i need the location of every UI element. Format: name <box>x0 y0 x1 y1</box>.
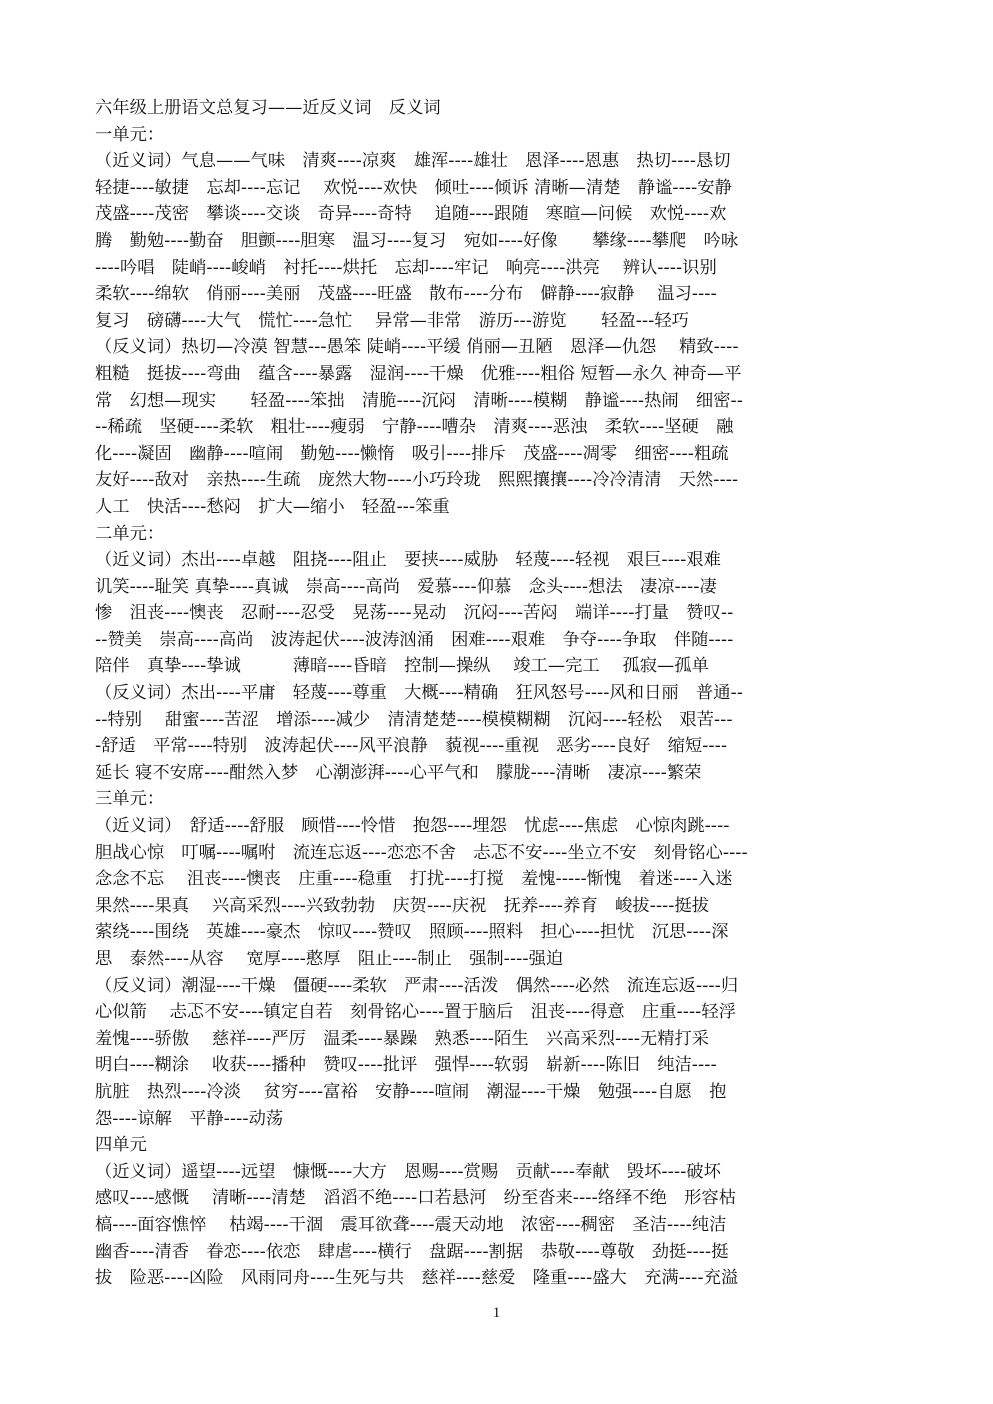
text-line: 人工 快活----愁闷 扩大—缩小 轻盈---笨重 <box>95 494 910 521</box>
text-line: ----吟唱 陡峭----峻峭 衬托----烘托 忘却----牢记 响亮----… <box>95 255 910 282</box>
text-line: 柔软----绵软 俏丽----美丽 茂盛----旺盛 散布----分布 僻静--… <box>95 281 910 308</box>
text-line: （近义词） 舒适----舒服 顾惜----怜惜 抱怨----埋怨 忧虑----焦… <box>95 813 910 840</box>
text-line: 陪伴 真挚----挚诚 薄暗----昏暗 控制—操纵 竣工—完工 孤寂—孤单 <box>95 653 910 680</box>
text-line: （近义词）杰出----卓越 阻挠----阻止 要挟----威胁 轻蔑----轻视… <box>95 547 910 574</box>
text-line: 明白----糊涂 收获----播种 赞叹----批评 强悍----软弱 崭新--… <box>95 1052 910 1079</box>
text-line: （反义词）潮湿----干燥 僵硬----柔软 严肃----活泼 偶然----必然… <box>95 973 910 1000</box>
text-line: 果然----果真 兴高采烈----兴致勃勃 庆贺----庆祝 抚养----养育 … <box>95 893 910 920</box>
text-line: （反义词）杰出----平庸 轻蔑----尊重 大概----精确 狂风怒号----… <box>95 680 910 707</box>
text-line: 茂盛----茂密 攀谈----交谈 奇异----奇特 追随----跟随 寒暄—问… <box>95 201 910 228</box>
document-page: 六年级上册语文总复习——近反义词 反义词 一单元： （近义词）气息——气味 清爽… <box>95 95 910 1292</box>
text-line: 三单元： <box>95 786 910 813</box>
text-line: 幽香----清香 眷恋----依恋 肆虐----横行 盘踞----割据 恭敬--… <box>95 1239 910 1266</box>
text-line: 延长 寝不安席----酣然入梦 心潮澎湃----心平气和 朦胧----清晰 凄凉… <box>95 760 910 787</box>
text-line: 槁----面容憔悴 枯竭----干涸 震耳欲聋----震天动地 浓密----稠密… <box>95 1212 910 1239</box>
text-line: 拔 险恶----凶险 风雨同舟----生死与共 慈祥----慈爱 隆重----盛… <box>95 1265 910 1292</box>
text-line: 肮脏 热烈----冷淡 贫穷----富裕 安静----喧闹 潮湿----干燥 勉… <box>95 1079 910 1106</box>
text-line: 怨----谅解 平静----动荡 <box>95 1106 910 1133</box>
text-line: 复习 磅礴----大气 慌忙----急忙 异常—非常 游历---游览 轻盈---… <box>95 308 910 335</box>
text-line: --稀疏 坚硬----柔软 粗壮----瘦弱 宁静----嘈杂 清爽----恶浊… <box>95 414 910 441</box>
text-line: （近义词）遥望----远望 慷慨----大方 恩赐----赏赐 贡献----奉献… <box>95 1159 910 1186</box>
text-line: 二单元： <box>95 521 910 548</box>
text-line: 心似箭 忐忑不安----镇定自若 刻骨铭心----置于脑后 沮丧----得意 庄… <box>95 999 910 1026</box>
text-line: 常 幻想—现实 轻盈----笨拙 清脆----沉闷 清晰----模糊 静谧---… <box>95 388 910 415</box>
text-line: 一单元： <box>95 122 910 149</box>
text-line: --特别 甜蜜----苦涩 增添----减少 清清楚楚----模模糊糊 沉闷--… <box>95 707 910 734</box>
page-number: 1 <box>0 1305 993 1322</box>
text-line: --赞美 崇高----高尚 波涛起伏----波涛汹涌 困难----艰难 争夺--… <box>95 627 910 654</box>
text-line: （近义词）气息——气味 清爽----凉爽 雄浑----雄壮 恩泽----恩惠 热… <box>95 148 910 175</box>
text-line: 羞愧----骄傲 慈祥----严厉 温柔----暴躁 熟悉----陌生 兴高采烈… <box>95 1026 910 1053</box>
text-line: 感叹----感慨 清晰----清楚 滔滔不绝----口若悬河 纷至沓来----络… <box>95 1185 910 1212</box>
text-line: （反义词）热切—冷漠 智慧---愚笨 陡峭----平缓 俏丽—丑陋 恩泽—仇怨 … <box>95 334 910 361</box>
text-line: 念念不忘 沮丧----懊丧 庄重----稳重 打扰----打搅 羞愧-----惭… <box>95 866 910 893</box>
text-line: 胆战心惊 叮嘱----嘱咐 流连忘返----恋恋不舍 忐忑不安----坐立不安 … <box>95 840 910 867</box>
text-line: 四单元 <box>95 1132 910 1159</box>
text-line: 思 泰然----从容 宽厚----憨厚 阻止----制止 强制----强迫 <box>95 946 910 973</box>
text-line: 轻捷----敏捷 忘却----忘记 欢悦----欢快 倾吐----倾诉 清晰—清… <box>95 175 910 202</box>
text-line: 萦绕----围绕 英雄----豪杰 惊叹----赞叹 照顾----照料 担心--… <box>95 919 910 946</box>
text-line: 化----凝固 幽静----喧闹 勤勉----懒惰 吸引----排斥 茂盛---… <box>95 441 910 468</box>
text-line: 讥笑----耻笑 真挚----真诚 崇高----高尚 爱慕----仰慕 念头--… <box>95 574 910 601</box>
text-line: 腾 勤勉----勤奋 胆颤----胆寒 温习----复习 宛如----好像 攀缘… <box>95 228 910 255</box>
text-line: 惨 沮丧----懊丧 忍耐----忍受 晃荡----晃动 沉闷----苦闷 端详… <box>95 600 910 627</box>
document-title: 六年级上册语文总复习——近反义词 反义词 <box>95 95 910 122</box>
text-line: 粗糙 挺拔----弯曲 蕴含----暴露 湿润----干燥 优雅----粗俗 短… <box>95 361 910 388</box>
text-line: -舒适 平常----特别 波涛起伏----风平浪静 藐视----重视 恶劣---… <box>95 733 910 760</box>
text-line: 友好----敌对 亲热----生疏 庞然大物----小巧玲珑 熙熙攘攘----冷… <box>95 467 910 494</box>
